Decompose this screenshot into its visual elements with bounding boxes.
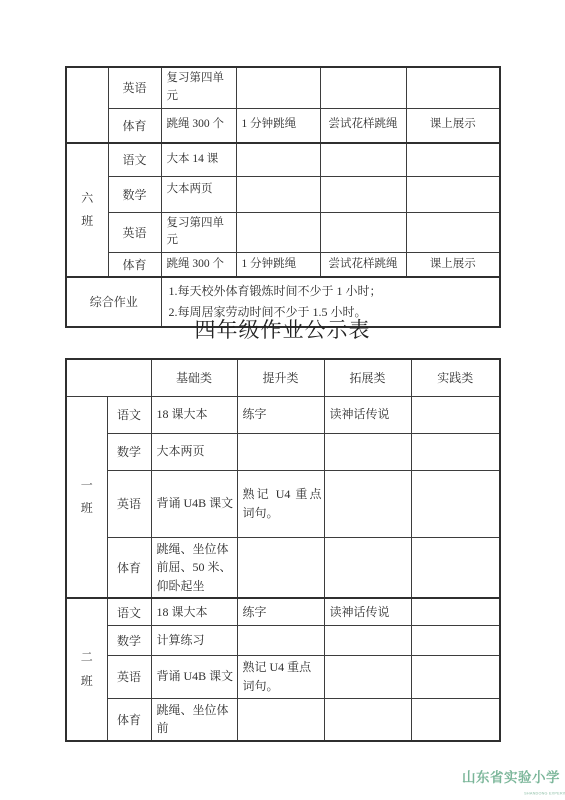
homework-cell: 复习第四单元: [161, 67, 236, 108]
page-title: 四年级作业公示表: [0, 314, 565, 344]
homework-cell: [236, 176, 320, 212]
homework-cell: [411, 396, 500, 433]
header-extend: 拓展类: [324, 359, 411, 396]
table-row: 英语 复习第四单元: [66, 67, 500, 108]
homework-cell: 读神话传说: [324, 396, 411, 433]
subject-cell: 数学: [107, 625, 151, 655]
homework-cell: [411, 698, 500, 741]
homework-cell: [320, 143, 406, 176]
homework-cell: [411, 470, 500, 537]
homework-cell: 读神话传说: [324, 598, 411, 625]
homework-cell: 熟记 U4 重点词句。: [237, 470, 324, 537]
table-row: 体育 跳绳 300 个 1 分钟跳绳 尝试花样跳绳 课上展示: [66, 108, 500, 143]
homework-cell: [411, 598, 500, 625]
homework-cell: [324, 470, 411, 537]
homework-cell: [236, 212, 320, 253]
homework-cell: [324, 433, 411, 470]
table-row: 六班 语文 大本 14 课: [66, 143, 500, 176]
homework-cell: 大本 14 课: [161, 143, 236, 176]
homework-cell: 1 分钟跳绳: [236, 108, 320, 143]
homework-cell: 18 课大本: [151, 396, 237, 433]
homework-cell: [237, 625, 324, 655]
table-row: 一班 语文 18 课大本 练字 读神话传说: [66, 396, 500, 433]
homework-cell: [236, 143, 320, 176]
school-name-en: SHANDONG EXPERIMENTAL PRIMARY SCHOOL: [524, 791, 565, 795]
homework-cell: 大本两页: [161, 176, 236, 212]
homework-table-grade4: 基础类 提升类 拓展类 实践类 一班 语文 18 课大本 练字 读神话传说 数学…: [65, 358, 501, 742]
subject-cell: 数学: [108, 176, 161, 212]
homework-cell: [236, 67, 320, 108]
homework-cell: [406, 143, 500, 176]
homework-cell: 大本两页: [151, 433, 237, 470]
subject-cell: 体育: [107, 698, 151, 741]
homework-cell: [320, 212, 406, 253]
homework-cell: [411, 655, 500, 698]
homework-cell: 练字: [237, 598, 324, 625]
class-label: 六班: [81, 187, 94, 234]
homework-cell: 练字: [237, 396, 324, 433]
homework-cell: 计算练习: [151, 625, 237, 655]
homework-cell: [320, 67, 406, 108]
subject-cell: 英语: [107, 470, 151, 537]
table-row: 体育 跳绳、坐位体前屈、50 米、仰卧起坐: [66, 537, 500, 598]
homework-cell: [406, 212, 500, 253]
homework-cell: [237, 698, 324, 741]
homework-cell: 跳绳 300 个: [161, 108, 236, 143]
homework-cell: [237, 433, 324, 470]
homework-table-partial: 英语 复习第四单元 体育 跳绳 300 个 1 分钟跳绳 尝试花样跳绳 课上展示…: [65, 66, 501, 328]
table-row: 数学 大本两页: [66, 433, 500, 470]
homework-cell: [324, 698, 411, 741]
subject-cell: 体育: [108, 253, 161, 277]
homework-cell: [406, 176, 500, 212]
homework-cell: [406, 67, 500, 108]
homework-cell: [324, 625, 411, 655]
homework-cell: 跳绳、坐位体前屈、50 米、仰卧起坐: [151, 537, 237, 598]
table-row: 体育 跳绳 300 个 1 分钟跳绳 尝试花样跳绳 课上展示: [66, 253, 500, 277]
corner-cell: [66, 359, 151, 396]
subject-cell: 体育: [107, 537, 151, 598]
homework-cell: 1 分钟跳绳: [236, 253, 320, 277]
homework-cell: 复习第四单元: [161, 212, 236, 253]
table-row: 数学 大本两页: [66, 176, 500, 212]
homework-cell: [324, 537, 411, 598]
homework-cell: 课上展示: [406, 253, 500, 277]
class-cell: 一班: [66, 396, 107, 598]
homework-cell: [411, 625, 500, 655]
header-practice: 实践类: [411, 359, 500, 396]
homework-cell: 熟记 U4 重点词句。: [237, 655, 324, 698]
table-row: 英语 复习第四单元: [66, 212, 500, 253]
homework-cell: [320, 176, 406, 212]
table-header-row: 基础类 提升类 拓展类 实践类: [66, 359, 500, 396]
table-row: 二班 语文 18 课大本 练字 读神话传说: [66, 598, 500, 625]
subject-cell: 体育: [108, 108, 161, 143]
table-row: 体育 跳绳、坐位体前: [66, 698, 500, 741]
homework-cell: 跳绳 300 个: [161, 253, 236, 277]
homework-cell: 尝试花样跳绳: [320, 253, 406, 277]
table-row: 英语 背诵 U4B 课文 熟记 U4 重点词句。: [66, 470, 500, 537]
subject-cell: 英语: [108, 67, 161, 108]
subject-cell: 英语: [108, 212, 161, 253]
header-basic: 基础类: [151, 359, 237, 396]
homework-cell: [237, 537, 324, 598]
homework-cell: [324, 655, 411, 698]
homework-cell: [411, 433, 500, 470]
class-cell: [66, 67, 108, 143]
subject-cell: 英语: [107, 655, 151, 698]
homework-cell: 尝试花样跳绳: [320, 108, 406, 143]
subject-cell: 语文: [107, 598, 151, 625]
document-page: 英语 复习第四单元 体育 跳绳 300 个 1 分钟跳绳 尝试花样跳绳 课上展示…: [0, 0, 565, 800]
subject-cell: 语文: [107, 396, 151, 433]
homework-cell: 跳绳、坐位体前: [151, 698, 237, 741]
subject-cell: 语文: [108, 143, 161, 176]
class-cell: 六班: [66, 143, 108, 277]
school-name-cn: 山东省实验小学: [459, 766, 563, 786]
homework-cell: 背诵 U4B 课文: [151, 655, 237, 698]
homework-cell: 背诵 U4B 课文: [151, 470, 237, 537]
homework-cell: [411, 537, 500, 598]
class-label: 一班: [80, 474, 93, 521]
table-row: 数学 计算练习: [66, 625, 500, 655]
school-watermark: 山东省实验小学 SHANDONG EXPERIMENTAL PRIMARY SC…: [459, 766, 563, 800]
homework-cell: 课上展示: [406, 108, 500, 143]
header-improve: 提升类: [237, 359, 324, 396]
homework-cell: 18 课大本: [151, 598, 237, 625]
comprehensive-homework-line: 1.每天校外体育锻炼时间不少于 1 小时；: [169, 281, 496, 302]
table-row: 英语 背诵 U4B 课文 熟记 U4 重点词句。: [66, 655, 500, 698]
class-label: 二班: [80, 646, 93, 693]
subject-cell: 数学: [107, 433, 151, 470]
class-cell: 二班: [66, 598, 107, 741]
